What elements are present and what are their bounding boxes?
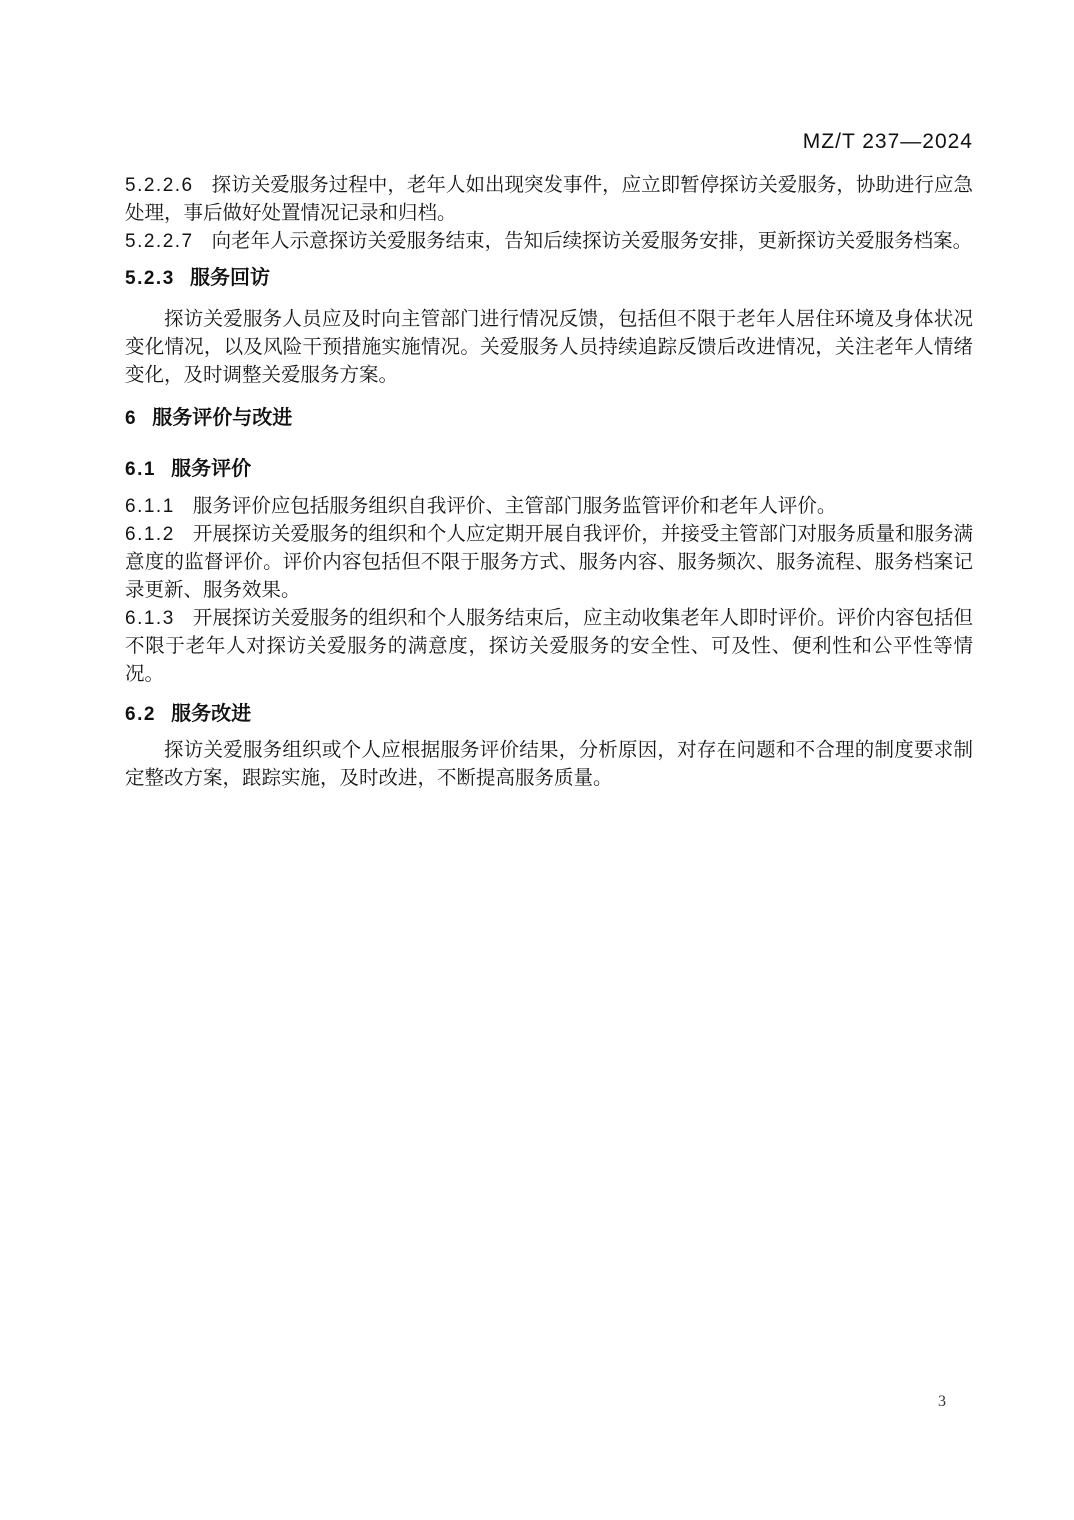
clause-text: 开展探访关爱服务的组织和个人应定期开展自我评价，并接受主管部门对服务质量和服务满… — [125, 524, 973, 601]
heading-text: 服务改进 — [171, 703, 251, 725]
clause-5-2-2-6: 5.2.2.6探访关爱服务过程中，老年人如出现突发事件，应立即暂停探访关爱服务，… — [125, 172, 973, 228]
paragraph-service-improvement: 探访关爱服务组织或个人应根据服务评价结果，分析原因，对存在问题和不合理的制度要求… — [125, 737, 973, 793]
page-content: MZ/T 237—2024 5.2.2.6探访关爱服务过程中，老年人如出现突发事… — [125, 130, 973, 793]
clause-text: 服务评价应包括服务组织自我评价、主管部门服务监管评价和老年人评价。 — [193, 496, 837, 517]
page-number: 3 — [938, 1393, 946, 1411]
clause-number: 5.2.2.7 — [125, 231, 194, 252]
clause-number: 6.1.2 — [125, 524, 175, 545]
heading-number: 6.1 — [125, 459, 156, 480]
clause-text: 探访关爱服务过程中，老年人如出现突发事件，应立即暂停探访关爱服务，协助进行应急处… — [125, 175, 973, 224]
heading-number: 6 — [125, 408, 137, 429]
clause-6-1-1: 6.1.1服务评价应包括服务组织自我评价、主管部门服务监管评价和老年人评价。 — [125, 493, 973, 521]
heading-6-1: 6.1服务评价 — [125, 454, 973, 485]
heading-text: 服务评价 — [171, 458, 251, 480]
clause-number: 6.1.3 — [125, 608, 175, 629]
heading-number: 6.2 — [125, 704, 156, 725]
clause-text: 开展探访关爱服务的组织和个人服务结束后，应主动收集老年人即时评价。评价内容包括但… — [125, 608, 973, 685]
clause-5-2-2-7: 5.2.2.7向老年人示意探访关爱服务结束，告知后续探访关爱服务安排，更新探访关… — [125, 228, 973, 256]
heading-number: 5.2.3 — [125, 268, 175, 289]
clause-6-1-3: 6.1.3开展探访关爱服务的组织和个人服务结束后，应主动收集老年人即时评价。评价… — [125, 605, 973, 689]
heading-6-2: 6.2服务改进 — [125, 699, 973, 730]
clause-number: 5.2.2.6 — [125, 175, 194, 196]
clause-number: 6.1.1 — [125, 496, 175, 517]
heading-text: 服务回访 — [190, 267, 270, 289]
running-header: MZ/T 237—2024 — [125, 130, 973, 154]
heading-5-2-3: 5.2.3服务回访 — [125, 263, 973, 294]
document-page: MZ/T 237—2024 5.2.2.6探访关爱服务过程中，老年人如出现突发事… — [0, 0, 1074, 1520]
paragraph-service-followup: 探访关爱服务人员应及时向主管部门进行情况反馈，包括但不限于老年人居住环境及身体状… — [125, 306, 973, 390]
heading-text: 服务评价与改进 — [152, 407, 292, 429]
clause-text: 向老年人示意探访关爱服务结束，告知后续探访关爱服务安排，更新探访关爱服务档案。 — [212, 231, 973, 252]
heading-6: 6服务评价与改进 — [125, 403, 973, 434]
clause-6-1-2: 6.1.2开展探访关爱服务的组织和个人应定期开展自我评价，并接受主管部门对服务质… — [125, 521, 973, 605]
